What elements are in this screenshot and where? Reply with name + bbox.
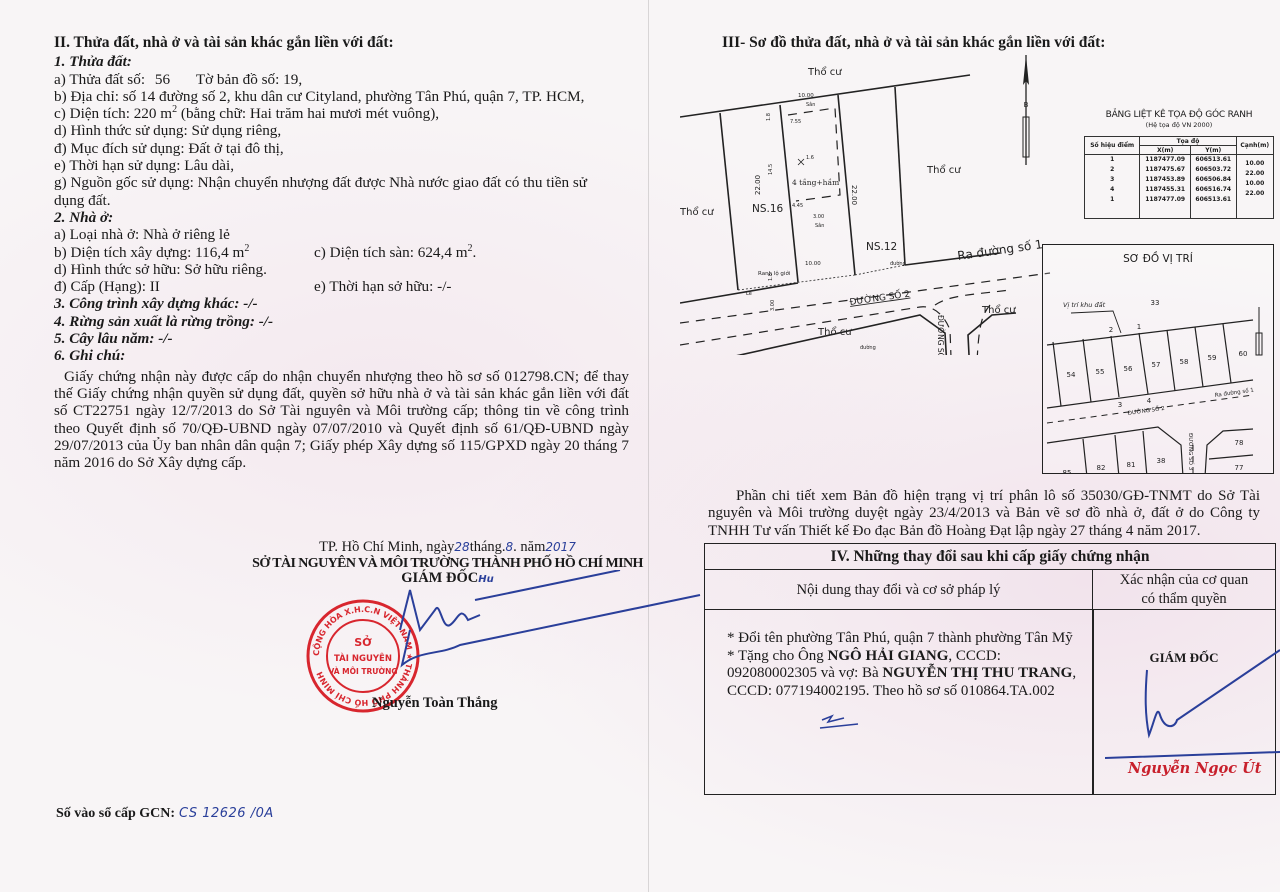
svg-text:Ranh lộ giới: Ranh lộ giới: [758, 270, 791, 277]
svg-text:22.00: 22.00: [850, 185, 858, 205]
section-land-house: II. Thửa đất, nhà ở và tài sản khác gắn …: [54, 34, 644, 471]
grade-row: đ) Cấp (Hạng): II e) Thời hạn sở hữu: -/…: [54, 278, 644, 295]
initials-mark-icon: [818, 712, 868, 732]
coord-edge: 22.00: [1236, 190, 1273, 200]
production-forest: 4. Rừng sản xuất là rừng trồng: -/-: [54, 313, 644, 330]
coord-y: 606516.74: [1190, 185, 1236, 195]
change-transfer: * Tặng cho Ông NGÔ HẢI GIANG, CCCD: 0920…: [727, 648, 1091, 701]
land-area-words: (bằng chữ: Hai trăm hai mươi mét vuông),: [177, 105, 439, 122]
svg-text:4: 4: [1147, 397, 1152, 405]
parcel-number-row: a) Thửa đất số: 56 Tờ bản đồ số: 19,: [54, 71, 644, 88]
svg-text:4.45: 4.45: [792, 203, 803, 209]
dossier-number: 010864.TA.002: [961, 683, 1055, 699]
registry-label: Số vào sổ cấp GCN:: [56, 806, 175, 821]
svg-text:Sân: Sân: [815, 222, 824, 229]
usage-purpose: đ) Mục đích sử dụng: Đất ở tại đô thị,: [54, 140, 644, 157]
house-heading: 2. Nhà ở:: [54, 209, 644, 226]
coord-point: 1: [1085, 195, 1140, 205]
section-4-title: IV. Những thay đổi sau khi cấp giấy chứn…: [705, 544, 1275, 570]
svg-text:81: 81: [1127, 461, 1136, 469]
usage-term: e) Thời hạn sử dụng: Lâu dài,: [54, 157, 644, 174]
svg-text:Lề: Lề: [750, 354, 756, 355]
svg-text:55: 55: [1096, 368, 1105, 376]
coord-point: 3: [1085, 175, 1140, 185]
parcel-label: a) Thửa đất số:: [54, 71, 145, 88]
coord-edge: [1236, 150, 1273, 160]
coord-row-empty: [1085, 205, 1274, 219]
change-ward-rename: * Đổi tên phường Tân Phú, quận 7 thành p…: [727, 630, 1091, 648]
coord-x: 1187477.09: [1140, 195, 1191, 205]
svg-text:1.6: 1.6: [806, 155, 814, 161]
coord-point: 1: [1085, 155, 1140, 165]
col-coords: Tọa độ: [1140, 137, 1236, 146]
svg-text:7.55: 7.55: [790, 119, 801, 125]
page-fold-divider: [648, 0, 649, 892]
land-area: c) Diện tích: 220 m2 (bằng chữ: Hai trăm…: [54, 105, 644, 122]
usage-form: d) Hình thức sử dụng: Sử dụng riêng,: [54, 122, 644, 139]
svg-text:B: B: [1024, 101, 1029, 109]
location-map: Vị trí khu đất 33 5455565758596085828138…: [1042, 244, 1274, 474]
svg-text:57: 57: [1152, 361, 1161, 369]
col-change-content: Nội dung thay đổi và cơ sở pháp lý: [705, 570, 1092, 609]
svg-text:Thổ cư: Thổ cư: [926, 163, 961, 176]
coordinate-table: Số hiệu điểm Tọa độ Cạnh(m) X(m) Y(m) 11…: [1084, 136, 1274, 219]
svg-text:56: 56: [1124, 365, 1133, 373]
svg-text:3: 3: [1118, 401, 1122, 409]
svg-text:Thổ cư: Thổ cư: [807, 65, 842, 78]
svg-text:Thổ cư: Thổ cư: [817, 325, 852, 338]
svg-text:đường: đường: [890, 260, 906, 267]
land-area-value: c) Diện tích: 220 m: [54, 105, 172, 122]
issuing-agency: SỞ TÀI NGUYÊN VÀ MÔI TRƯỜNG THÀNH PHỐ HỒ…: [250, 556, 645, 572]
svg-text:SỞ: SỞ: [354, 635, 372, 649]
coord-y: 606513.61: [1190, 195, 1236, 205]
svg-text:Ra đường số 1: Ra đường số 1: [956, 237, 1043, 263]
issuer-signature-icon: [380, 570, 710, 690]
new-owner-2: NGUYỄN THỊ THU: [882, 665, 1014, 681]
svg-text:Lề: Lề: [746, 289, 752, 297]
coord-edge: 22.00: [1236, 170, 1273, 180]
svg-text:Sân: Sân: [806, 101, 815, 108]
svg-text:1.8: 1.8: [768, 273, 774, 281]
svg-text:14.5: 14.5: [768, 164, 774, 175]
floor-area: c) Diện tích sàn: 624,4 m2.: [314, 244, 476, 261]
issue-year: 2017: [545, 540, 576, 554]
svg-text:Thổ cư: Thổ cư: [680, 205, 714, 218]
coord-y: 606513.61: [1190, 155, 1236, 165]
svg-text:1.8: 1.8: [766, 113, 772, 121]
svg-text:78: 78: [1235, 439, 1244, 447]
svg-text:38: 38: [1157, 457, 1166, 465]
changes-table-header: Nội dung thay đổi và cơ sở pháp lý Xác n…: [705, 570, 1275, 610]
map-sheet: Tờ bản đồ số: 19,: [196, 71, 302, 88]
notes-text: Giấy chứng nhận này được cấp do nhận chu…: [54, 368, 629, 472]
svg-text:ĐƯỜNG SỐ 2: ĐƯỜNG SỐ 2: [849, 287, 911, 308]
registry-number: Số vào sổ cấp GCN:CS 12626 /0A: [56, 806, 274, 822]
svg-text:Thổ cư: Thổ cư: [981, 303, 1016, 316]
coord-x: 1187455.31: [1140, 185, 1191, 195]
svg-text:ĐƯỜNG SỐ 3: ĐƯỜNG SỐ 3: [1187, 433, 1195, 471]
north-arrow-icon: B: [1016, 55, 1036, 165]
address: b) Địa chỉ: số 14 đường số 2, khu dân cư…: [54, 88, 644, 105]
svg-text:60: 60: [1239, 350, 1248, 358]
coord-y: 606506.84: [1190, 175, 1236, 185]
svg-text:59: 59: [1208, 354, 1217, 362]
authority-signer-name: Nguyễn Ngọc Út: [1128, 760, 1261, 777]
svg-text:3.00: 3.00: [770, 300, 776, 311]
col-y: Y(m): [1190, 146, 1236, 155]
location-map-drawing: Vị trí khu đất 33 5455565758596085828138…: [1043, 245, 1274, 474]
col-authority-confirm: Xác nhận của cơ quan có thẩm quyền: [1092, 570, 1275, 609]
land-heading: 1. Thửa đất:: [54, 53, 644, 70]
detail-reference-note: Phần chi tiết xem Bản đồ hiện trạng vị t…: [708, 488, 1260, 540]
authority-signature-icon: [1105, 640, 1280, 760]
coord-y: 606503.72: [1190, 165, 1236, 175]
coord-x: 1187477.09: [1140, 155, 1191, 165]
notes-heading: 6. Ghi chú:: [54, 347, 644, 364]
svg-text:2: 2: [1109, 326, 1113, 334]
new-owner-1-id: 092080002305: [727, 665, 817, 681]
col-point: Số hiệu điểm: [1085, 137, 1140, 155]
svg-text:đường: đường: [860, 344, 876, 351]
svg-text:Vị trí khu đất: Vị trí khu đất: [1063, 301, 1106, 309]
ownership-term: e) Thời hạn sở hữu: -/-: [314, 278, 451, 295]
change-entries: * Đổi tên phường Tân Phú, quận 7 thành p…: [727, 630, 1091, 700]
svg-text:4 tầng+hầm: 4 tầng+hầm: [792, 178, 839, 187]
col-x: X(m): [1140, 146, 1191, 155]
perennial-trees: 5. Cây lâu năm: -/-: [54, 330, 644, 347]
registry-value: CS 12626 /0A: [179, 806, 274, 821]
svg-text:77: 77: [1235, 464, 1244, 472]
parcel-number: 56: [155, 71, 170, 88]
coord-x: 1187453.89: [1140, 175, 1191, 185]
svg-text:82: 82: [1097, 464, 1106, 472]
house-type: a) Loại nhà ở: Nhà ở riêng lẻ: [54, 226, 644, 243]
svg-text:1: 1: [1137, 323, 1141, 331]
ownership-form: d) Hình thức sở hữu: Sở hữu riêng.: [54, 261, 644, 278]
table-divider: [1092, 610, 1094, 794]
coord-x: 1187475.67: [1140, 165, 1191, 175]
built-area-row: b) Diện tích xây dựng: 116,4 m2 c) Diện …: [54, 244, 644, 261]
section-3-title: III- Sơ đồ thửa đất, nhà ở và tài sản kh…: [722, 34, 1105, 52]
issuer-name: Nguyễn Toàn Thắng: [372, 695, 497, 712]
svg-text:33: 33: [1151, 299, 1160, 307]
coord-table-title: BẢNG LIỆT KÊ TỌA ĐỘ GÓC RANH (Hệ tọa độ …: [1084, 110, 1274, 130]
svg-text:NS.16: NS.16: [752, 203, 784, 215]
svg-text:22.00: 22.00: [754, 175, 762, 195]
svg-text:NS.12: NS.12: [866, 241, 897, 253]
coord-edge: 10.00: [1236, 180, 1273, 190]
new-owner-1: NGÔ HẢI GIANG: [828, 648, 949, 664]
svg-text:10.00: 10.00: [805, 261, 821, 267]
svg-text:ĐƯỜNG SỐ 2: ĐƯỜNG SỐ 2: [1127, 404, 1165, 417]
svg-text:10.00: 10.00: [798, 93, 814, 99]
svg-text:54: 54: [1067, 371, 1076, 379]
built-area: b) Diện tích xây dựng: 116,4 m: [54, 244, 244, 261]
coord-edge: 10.00: [1236, 160, 1273, 170]
svg-text:58: 58: [1180, 358, 1189, 366]
svg-text:85: 85: [1063, 469, 1072, 474]
svg-text:3.00: 3.00: [813, 214, 824, 220]
section-2-title: II. Thửa đất, nhà ở và tài sản khác gắn …: [54, 34, 644, 51]
usage-origin: g) Nguồn gốc sử dụng: Nhận chuyển nhượng…: [54, 174, 594, 209]
location-map-title: SƠ ĐỒ VỊ TRÍ: [1043, 253, 1273, 265]
place-date: TP. Hồ Chí Minh, ngày28tháng.8. năm2017: [250, 540, 645, 556]
other-works: 3. Công trình xây dựng khác: -/-: [54, 295, 644, 312]
coord-point: 2: [1085, 165, 1140, 175]
coord-point: 4: [1085, 185, 1140, 195]
coord-row: 11187477.09606513.6122.00: [1085, 195, 1274, 205]
issue-day: 28: [454, 540, 469, 554]
svg-text:ĐƯỜNG SỐ 3: ĐƯỜNG SỐ 3: [936, 315, 946, 355]
house-grade: đ) Cấp (Hạng): II: [54, 278, 160, 295]
